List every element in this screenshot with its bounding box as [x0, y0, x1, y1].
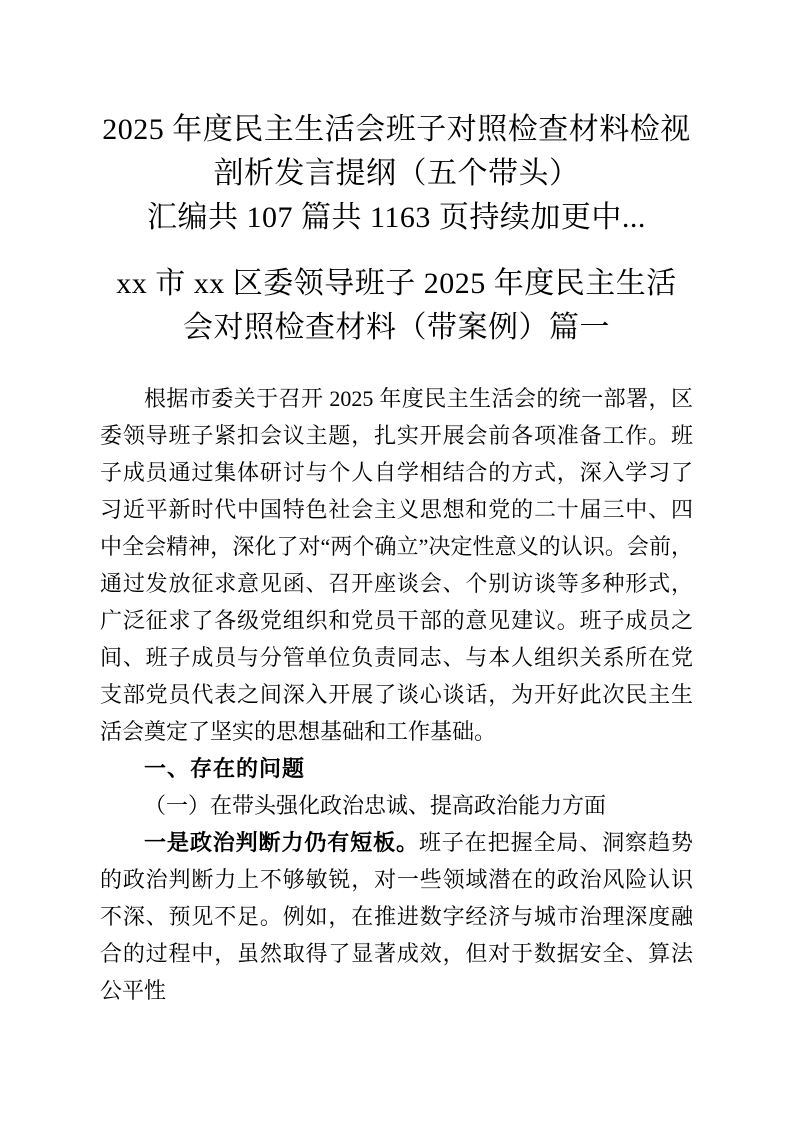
paragraph-preparation: 根据市委关于召开 2025 年度民主生活会的统一部署，区委领导班子紧扣会议主题，…	[100, 380, 693, 750]
document-body: 根据市委关于召开 2025 年度民主生活会的统一部署，区委领导班子紧扣会议主题，…	[100, 380, 693, 1009]
paragraph-political-judgment: 一是政治判断力仍有短板。班子在把握全局、洞察趋势的政治判断力上不够敏锐，对一些领…	[100, 824, 693, 1009]
document-page: 2025 年度民主生活会班子对照检查材料检视 剖析发言提纲（五个带头） 汇编共 …	[0, 0, 793, 1122]
paragraph-political-judgment-body: 班子在把握全局、洞察趋势的政治判断力上不够敏锐，对一些领域潜在的政治风险认识不深…	[100, 830, 693, 1003]
heading-problems: 一、存在的问题	[100, 750, 693, 787]
paragraph-political-judgment-lead: 一是政治判断力仍有短板。	[144, 830, 419, 855]
subheading-political-loyalty: （一）在带头强化政治忠诚、提高政治能力方面	[100, 787, 693, 824]
section-heading-line-2: 会对照检查材料（带案例）篇一	[0, 306, 793, 350]
document-title: 2025 年度民主生活会班子对照检查材料检视 剖析发言提纲（五个带头） 汇编共 …	[0, 108, 793, 240]
document-title-line-1: 2025 年度民主生活会班子对照检查材料检视	[0, 108, 793, 152]
section-heading: xx 市 xx 区委领导班子 2025 年度民主生活 会对照检查材料（带案例）篇…	[0, 262, 793, 350]
document-subtitle: 汇编共 107 篇共 1163 页持续加更中...	[0, 196, 793, 240]
section-heading-line-1: xx 市 xx 区委领导班子 2025 年度民主生活	[0, 262, 793, 306]
document-title-line-2: 剖析发言提纲（五个带头）	[0, 152, 793, 196]
